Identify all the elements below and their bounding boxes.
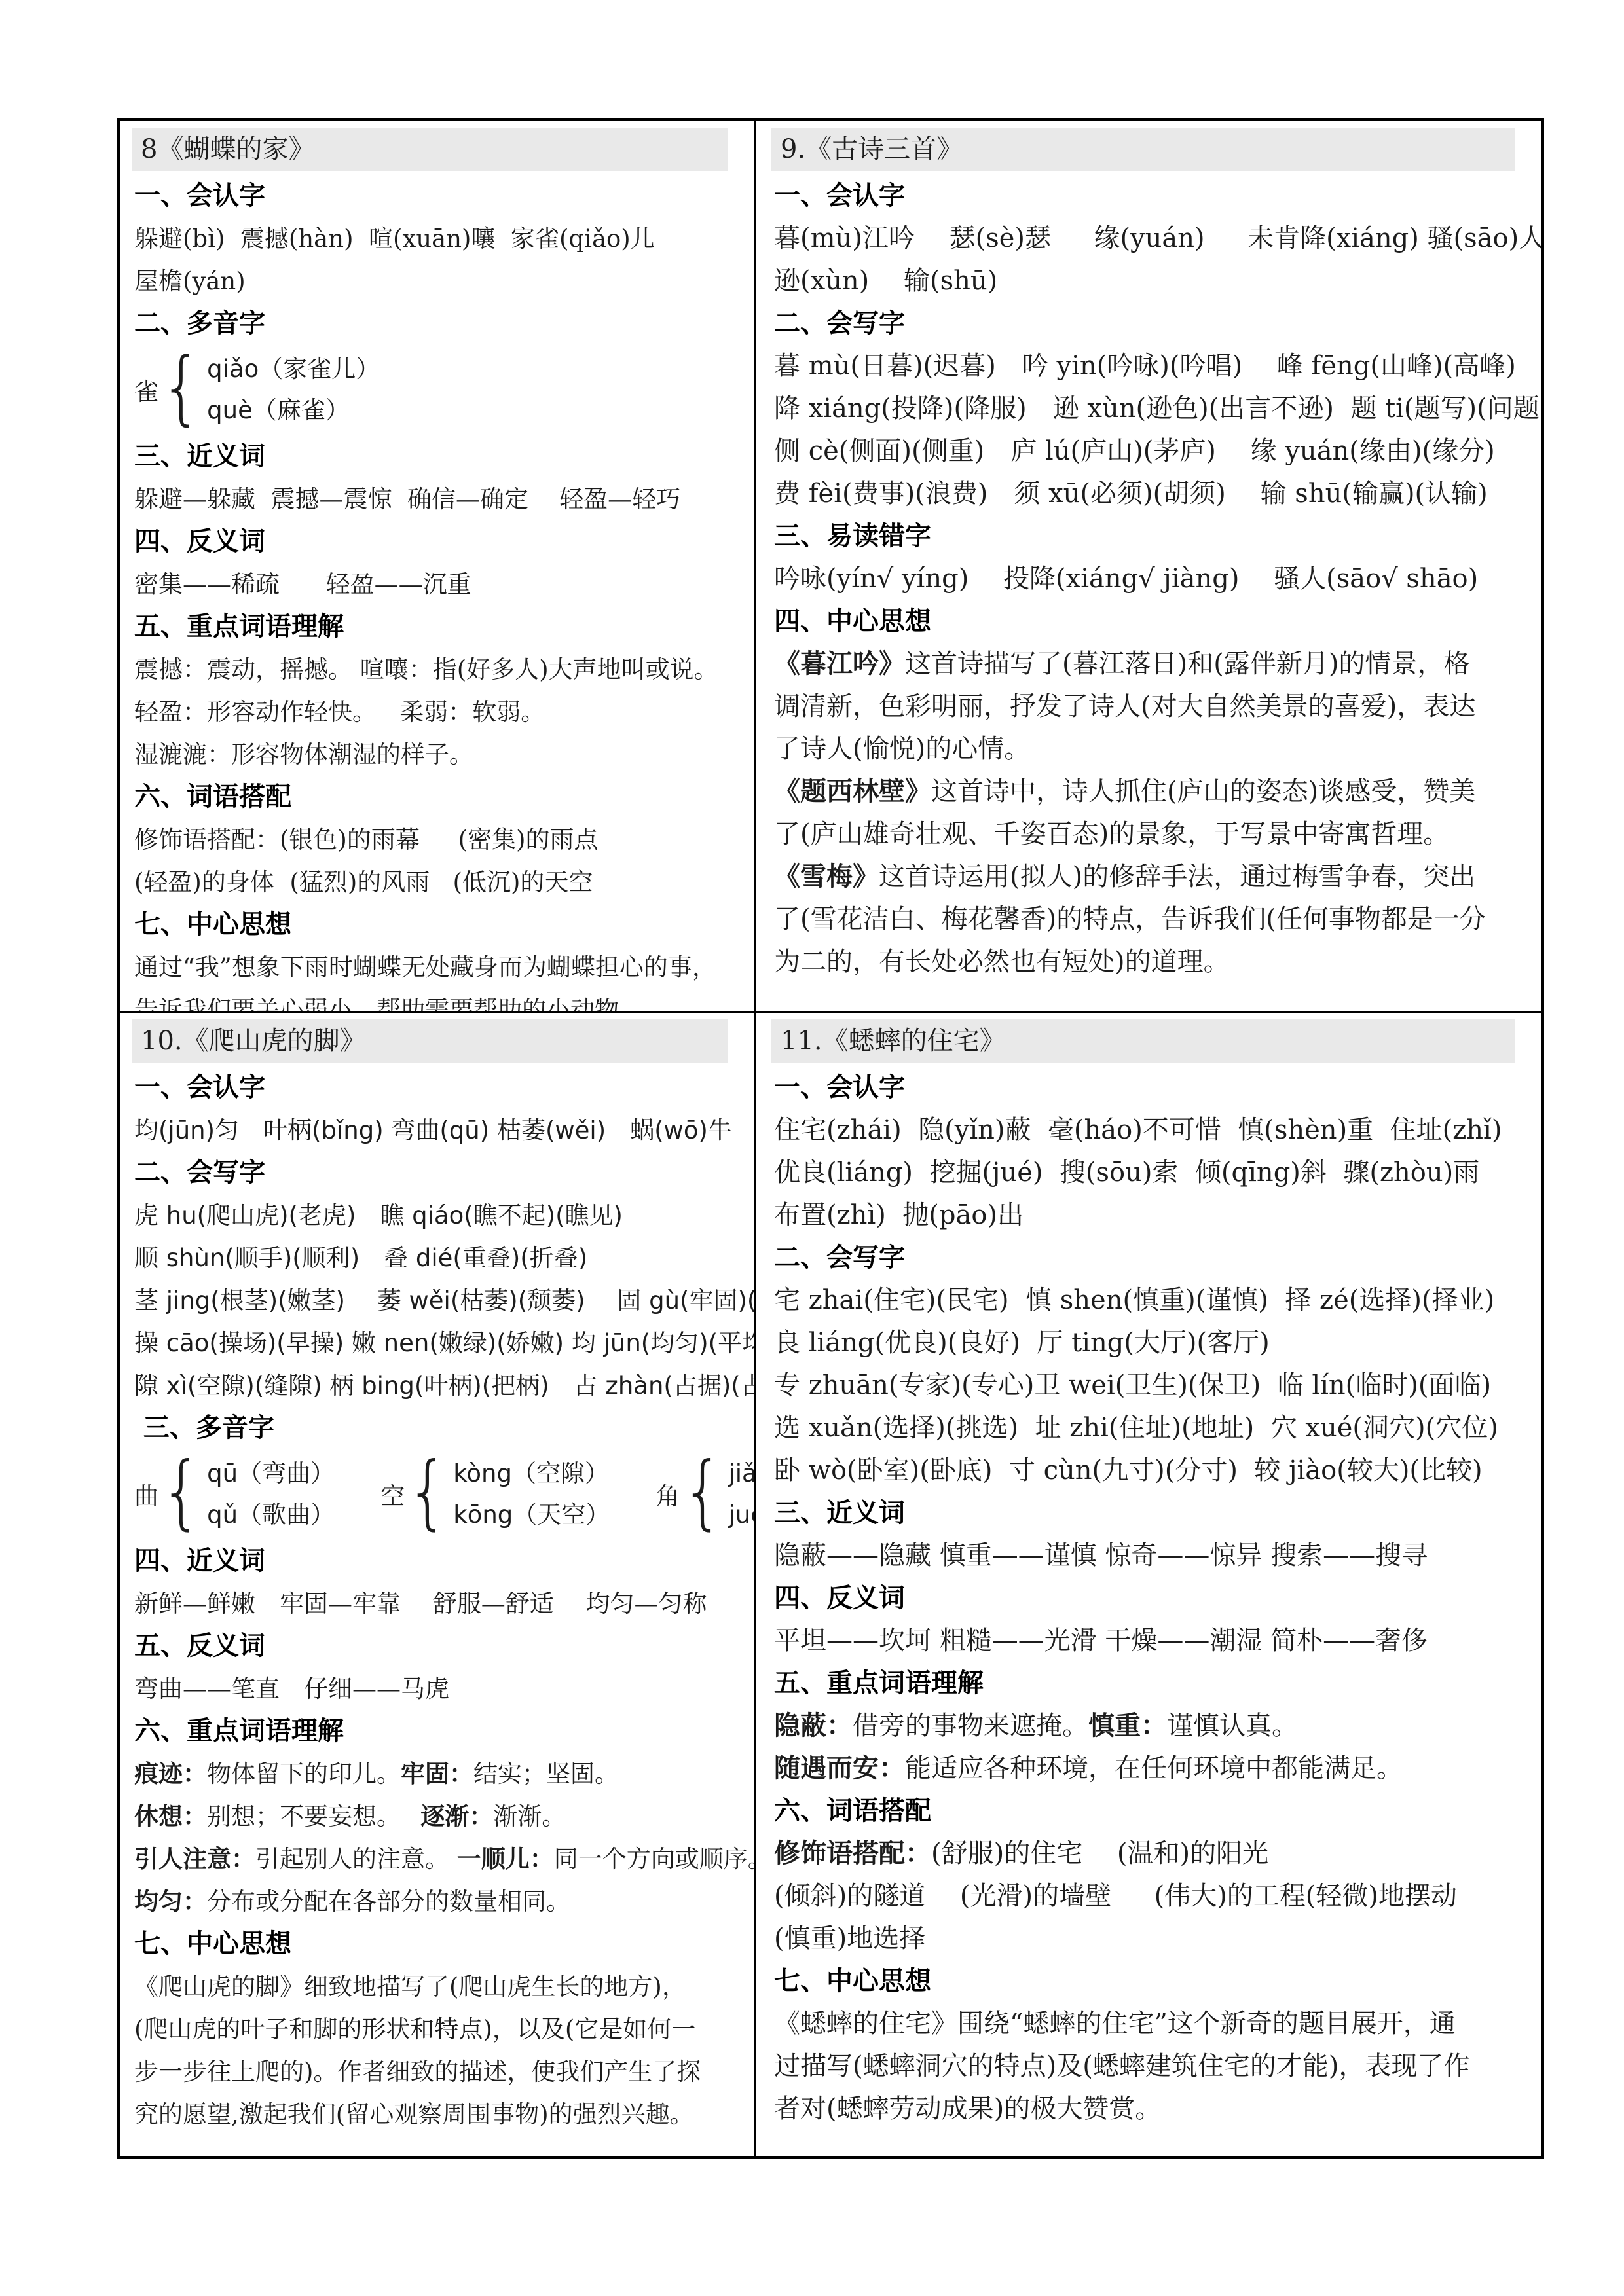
- body-line: 密集——稀疏 轻盈——沉重: [134, 563, 742, 606]
- term-label: 隐蔽：: [774, 1711, 853, 1741]
- text-segment: 侧 cè(侧面)(侧重) 庐 lú(庐山)(茅庐) 缘 yuán(缘由)(缘分): [774, 436, 1495, 466]
- term-label: 均匀：: [134, 1887, 207, 1916]
- body-line: 究的愿望,激起我们(留心观察周围事物)的强烈兴趣。: [134, 2093, 742, 2136]
- body-line: 弯曲——笔直 仔细——马虎: [134, 1667, 742, 1710]
- pronunciation-list: jiǎo（触角）jué（角色）: [728, 1453, 756, 1535]
- text-segment: 通过“我”想象下雨时蝴蝶无处藏身而为蝴蝶担心的事，: [134, 953, 716, 981]
- body-line: 者对(蟋蟀劳动成果)的极大赞赏。: [774, 2088, 1529, 2130]
- text-segment: 降 xiáng(投降)(降服) 逊 xùn(逊色)(出言不逊) 题 ti(题写)…: [774, 393, 1541, 424]
- text-segment: 四、中心思想: [774, 606, 931, 636]
- body-line: 屋檐(yán): [134, 260, 742, 302]
- body-line: 暮 mù(日暮)(迟暮) 吟 yin(吟咏)(吟唱) 峰 fēng(山峰)(高峰…: [774, 345, 1529, 388]
- body-line: 优良(liáng) 挖掘(jué) 搜(sōu)索 倾(qīng)斜 骤(zhò…: [774, 1152, 1529, 1194]
- body-line: 调清新，色彩明丽，抒发了诗人(对大自然美景的喜爱)，表达: [774, 685, 1529, 728]
- text-segment: 七、中心思想: [774, 1966, 931, 1996]
- text-segment: 这首诗运用(拟人)的修辞手法，通过梅雪争春，突出: [879, 862, 1475, 892]
- body-line: 布置(zhì) 抛(pāo)出: [774, 1194, 1529, 1237]
- term-label: 修饰语搭配：: [774, 1838, 931, 1868]
- text-segment: 五、反义词: [134, 1631, 265, 1661]
- text-segment: 了诗人(愉悦)的心情。: [774, 734, 1030, 764]
- term-label: 随遇而安：: [774, 1753, 905, 1783]
- body-line: 随遇而安：能适应各种环境，在任何环境中都能满足。: [774, 1747, 1529, 1790]
- section-heading: 二、多音字: [134, 302, 742, 345]
- section-heading: 三、多音字: [134, 1407, 742, 1449]
- section-heading: 四、反义词: [774, 1577, 1529, 1620]
- text-segment: 渐渐。: [493, 1802, 566, 1831]
- body-line: 休想：别想；不要妄想。 逐渐：渐渐。: [134, 1795, 742, 1838]
- brace-icon: {: [406, 1444, 449, 1539]
- cell-lesson-10: 10.《爬山虎的脚》一、会认字均(jūn)匀 叶柄(bǐng) 弯曲(qū) 枯…: [120, 1013, 756, 2156]
- text-segment: 物体留下的印儿。: [207, 1760, 401, 1788]
- term-label: 休想：: [134, 1802, 207, 1831]
- section-heading: 五、重点词语理解: [774, 1662, 1529, 1705]
- section-heading: 六、词语搭配: [774, 1790, 1529, 1832]
- pronunciation-top: qiǎo（家雀儿）: [207, 348, 380, 390]
- term-label: 引人注意：: [134, 1845, 255, 1873]
- pronunciation-top: qū（弯曲）: [207, 1453, 335, 1494]
- section-heading: 三、易读错字: [774, 515, 1529, 558]
- text-segment: 调清新，色彩明丽，抒发了诗人(对大自然美景的喜爱)，表达: [774, 691, 1475, 721]
- text-segment: 吟咏(yín√ yíng) 投降(xiáng√ jiàng) 骚人(sāo√ s…: [774, 564, 1478, 594]
- body-line: 隐蔽：借旁的事物来遮掩。慎重：谨慎认真。: [774, 1705, 1529, 1747]
- term-label: 牢固：: [401, 1760, 473, 1788]
- text-segment: 逊(xùn) 输(shū): [774, 266, 997, 296]
- body-line: 《爬山虎的脚》细致地描写了(爬山虎生长的地方)，: [134, 1965, 742, 2008]
- section-heading: 四、中心思想: [774, 600, 1529, 643]
- text-segment: 《爬山虎的脚》细致地描写了(爬山虎生长的地方)，: [134, 1973, 686, 2001]
- body-line: 《雪梅》这首诗运用(拟人)的修辞手法，通过梅雪争春，突出: [774, 856, 1529, 898]
- body-line: 修饰语搭配：(舒服)的住宅 (温和)的阳光: [774, 1832, 1529, 1875]
- text-segment: 新鲜—鲜嫩 牢固—牢靠 舒服—舒适 均匀—匀称: [134, 1590, 707, 1618]
- text-segment: 躲避—躲藏 震撼—震惊 确信—确定 轻盈—轻巧: [134, 485, 680, 513]
- brace-icon: {: [160, 340, 203, 434]
- pronunciation-list: qū（弯曲）qǔ（歌曲）: [207, 1453, 335, 1535]
- body-line: 《题西林壁》这首诗中，诗人抓住(庐山的姿态)谈感受，赞美: [774, 771, 1529, 813]
- section-heading: 一、会认字: [134, 175, 742, 217]
- term-label: 逐渐：: [420, 1802, 493, 1831]
- body-line: 均(jūn)匀 叶柄(bǐng) 弯曲(qū) 枯萎(wěi) 蜗(wō)牛: [134, 1109, 742, 1152]
- text-segment: 六、词语搭配: [774, 1796, 931, 1826]
- brace-group: 空{kòng（空隙）kōng（天空）: [380, 1451, 610, 1537]
- text-segment: 究的愿望,激起我们(留心观察周围事物)的强烈兴趣。: [134, 2100, 694, 2128]
- section-heading: 一、会认字: [774, 1066, 1529, 1109]
- polyphone-character: 角: [655, 1476, 680, 1512]
- text-segment: 躲避(bì) 震撼(hàn) 喧(xuān)嚷 家雀(qiǎo)儿: [134, 225, 655, 253]
- body-line: 隐蔽——隐藏 慎重——谨慎 惊奇——惊异 搜索——搜寻: [774, 1535, 1529, 1577]
- body-line: 顺 shùn(顺手)(顺利) 叠 dié(重叠)(折叠): [134, 1237, 742, 1279]
- body-line: 住宅(zhái) 隐(yǐn)蔽 毫(háo)不可惜 慎(shèn)重 住址(z…: [774, 1109, 1529, 1152]
- text-segment: 修饰语搭配：(银色)的雨幕 (密集)的雨点: [134, 826, 599, 854]
- text-segment: 住宅(zhái) 隐(yǐn)蔽 毫(háo)不可惜 慎(shèn)重 住址(z…: [774, 1115, 1502, 1145]
- body-line: (轻盈)的身体 (猛烈)的风雨 (低沉)的天空: [134, 861, 742, 903]
- text-segment: 专 zhuān(专家)(专心)卫 wei(卫生)(保卫) 临 lín(临时)(面…: [774, 1370, 1491, 1400]
- body-line: 了(庐山雄奇壮观、千姿百态)的景象，于写景中寄寓哲理。: [774, 813, 1529, 856]
- lesson-title-band: 10.《爬山虎的脚》: [132, 1019, 728, 1063]
- polyphone-row: 雀{qiǎo（家雀儿）què（麻雀）: [134, 346, 742, 433]
- section-heading: 二、会写字: [774, 1237, 1529, 1279]
- text-segment: 七、中心思想: [134, 909, 291, 939]
- pronunciation-bottom: qǔ（歌曲）: [207, 1494, 335, 1535]
- text-segment: (轻盈)的身体 (猛烈)的风雨 (低沉)的天空: [134, 868, 593, 896]
- body-line: 修饰语搭配：(银色)的雨幕 (密集)的雨点: [134, 818, 742, 861]
- body-line: 专 zhuān(专家)(专心)卫 wei(卫生)(保卫) 临 lín(临时)(面…: [774, 1364, 1529, 1407]
- lesson-title-band: 11.《蟋蟀的住宅》: [771, 1019, 1515, 1063]
- text-segment: 三、易读错字: [774, 521, 931, 551]
- text-segment: 三、近义词: [134, 441, 265, 471]
- polyphone-character: 空: [380, 1476, 405, 1512]
- section-heading: 二、会写字: [134, 1152, 742, 1194]
- pronunciation-bottom: què（麻雀）: [207, 390, 380, 431]
- text-segment: 宅 zhai(住宅)(民宅) 慎 shen(慎重)(谨慎) 择 zé(选择)(择…: [774, 1285, 1494, 1315]
- body-line: 逊(xùn) 输(shū): [774, 260, 1529, 302]
- text-segment: 一、会认字: [134, 1072, 265, 1102]
- text-segment: 五、重点词语理解: [774, 1668, 984, 1698]
- document-page: { "colors": { "border": "#000000", "less…: [0, 0, 1624, 2296]
- pronunciation-bottom: kōng（天空）: [453, 1494, 610, 1535]
- text-segment: (慎重)地选择: [774, 1923, 925, 1954]
- text-segment: 二、会写字: [134, 1157, 265, 1188]
- text-segment: 密集——稀疏 轻盈——沉重: [134, 570, 471, 598]
- body-line: 告诉我们要关心弱小，帮助需要帮助的小动物。: [134, 989, 742, 1013]
- body-line: 引人注意：引起别人的注意。 一顺儿：同一个方向或顺序。: [134, 1838, 742, 1880]
- body-line: 操 cāo(操场)(早操) 嫩 nen(嫩绿)(娇嫩) 均 jūn(均匀)(平均…: [134, 1322, 742, 1364]
- body-line: 为二的，有长处必然也有短处)的道理。: [774, 941, 1529, 983]
- text-segment: 了(雪花洁白、梅花馨香)的特点，告诉我们(任何事物都是一分: [774, 904, 1486, 934]
- text-segment: 引起别人的注意。: [255, 1845, 457, 1873]
- text-segment: 暮 mù(日暮)(迟暮) 吟 yin(吟咏)(吟唱) 峰 fēng(山峰)(高峰…: [774, 351, 1516, 381]
- text-segment: 卧 wò(卧室)(卧底) 寸 cùn(九寸)(分寸) 较 jiào(较大)(比较…: [774, 1455, 1483, 1485]
- text-segment: 为二的，有长处必然也有短处)的道理。: [774, 947, 1230, 977]
- polyphone-row: 曲{qū（弯曲）qǔ（歌曲）空{kòng（空隙）kōng（天空）角{jiǎo（触…: [134, 1451, 742, 1537]
- text-segment: 二、多音字: [134, 308, 265, 338]
- body-line: 湿漉漉：形容物体潮湿的样子。: [134, 733, 742, 776]
- body-line: 过描写(蟋蟀洞穴的特点)及(蟋蟀建筑住宅的才能)，表现了作: [774, 2045, 1529, 2088]
- text-segment: 三、近义词: [774, 1498, 905, 1528]
- body-line: (爬山虎的叶子和脚的形状和特点)，以及(它是如何一: [134, 2008, 742, 2050]
- text-segment: 谨慎认真。: [1167, 1711, 1298, 1741]
- text-segment: 过描写(蟋蟀洞穴的特点)及(蟋蟀建筑住宅的才能)，表现了作: [774, 2051, 1469, 2081]
- brace-group: 曲{qū（弯曲）qǔ（歌曲）: [134, 1451, 335, 1537]
- section-heading: 六、重点词语理解: [134, 1710, 742, 1753]
- section-heading: 四、近义词: [134, 1540, 742, 1582]
- text-segment: 六、重点词语理解: [134, 1716, 344, 1746]
- text-segment: 顺 shùn(顺手)(顺利) 叠 dié(重叠)(折叠): [134, 1244, 587, 1272]
- text-segment: (倾斜)的隧道 (光滑)的墙壁 (伟大)的工程(轻微)地摆动: [774, 1881, 1457, 1911]
- body-line: 暮(mù)江吟 瑟(sè)瑟 缘(yuán) 未肯降(xiáng) 骚(sāo)…: [774, 217, 1529, 260]
- term-label: 《暮江吟》: [774, 649, 905, 679]
- body-line: 茎 jing(根茎)(嫩茎) 萎 wěi(枯萎)(颓萎) 固 gù(牢固)(固定…: [134, 1279, 742, 1322]
- text-segment: 同一个方向或顺序。: [554, 1845, 756, 1873]
- text-segment: 屋檐(yán): [134, 267, 246, 295]
- body-line: 良 liáng(优良)(良好) 厅 ting(大厅)(客厅): [774, 1322, 1529, 1364]
- term-label: 《题西林壁》: [774, 776, 931, 807]
- body-line: (慎重)地选择: [774, 1918, 1529, 1960]
- section-heading: 五、重点词语理解: [134, 606, 742, 648]
- body-line: 《暮江吟》这首诗描写了(暮江落日)和(露伴新月)的情景，格: [774, 643, 1529, 685]
- pronunciation-list: kòng（空隙）kōng（天空）: [453, 1453, 610, 1535]
- text-segment: 布置(zhì) 抛(pāo)出: [774, 1200, 1024, 1230]
- text-segment: 虎 hu(爬山虎)(老虎) 瞧 qiáo(瞧不起)(瞧见): [134, 1201, 623, 1230]
- text-segment: 者对(蟋蟀劳动成果)的极大赞赏。: [774, 2094, 1161, 2124]
- text-segment: 了(庐山雄奇壮观、千姿百态)的景象，于写景中寄寓哲理。: [774, 819, 1449, 849]
- text-segment: 湿漉漉：形容物体潮湿的样子。: [134, 740, 473, 769]
- term-label: 一顺儿：: [457, 1845, 554, 1873]
- body-line: 《蟋蟀的住宅》围绕“蟋蟀的住宅”这个新奇的题目展开，通: [774, 2003, 1529, 2045]
- text-segment: 五、重点词语理解: [134, 611, 344, 642]
- text-segment: (爬山虎的叶子和脚的形状和特点)，以及(它是如何一: [134, 2015, 695, 2043]
- text-segment: 告诉我们要关心弱小，帮助需要帮助的小动物。: [134, 996, 643, 1013]
- body-line: 轻盈：形容动作轻快。 柔弱：软弱。: [134, 691, 742, 733]
- text-segment: 二、会写字: [774, 308, 905, 338]
- text-segment: 分布或分配在各部分的数量相同。: [207, 1887, 570, 1916]
- body-line: 了(雪花洁白、梅花馨香)的特点，告诉我们(任何事物都是一分: [774, 898, 1529, 941]
- pronunciation-list: qiǎo（家雀儿）què（麻雀）: [207, 348, 380, 431]
- text-segment: 优良(liáng) 挖掘(jué) 搜(sōu)索 倾(qīng)斜 骤(zhò…: [774, 1157, 1479, 1188]
- body-line: 虎 hu(爬山虎)(老虎) 瞧 qiáo(瞧不起)(瞧见): [134, 1194, 742, 1237]
- text-segment: 茎 jing(根茎)(嫩茎) 萎 wěi(枯萎)(颓萎) 固 gù(牢固)(固定…: [134, 1286, 756, 1315]
- text-segment: 别想；不要妄想。: [207, 1802, 420, 1831]
- text-segment: 选 xuǎn(选择)(挑选) 址 zhi(住址)(地址) 穴 xué(洞穴)(穴…: [774, 1413, 1498, 1443]
- text-segment: 一、会认字: [134, 181, 265, 211]
- text-segment: 三、多音字: [134, 1413, 274, 1443]
- pronunciation-bottom: jué（角色）: [728, 1494, 756, 1535]
- text-segment: 二、会写字: [774, 1243, 905, 1273]
- text-segment: 操 cāo(操场)(早操) 嫩 nen(嫩绿)(娇嫩) 均 jūn(均匀)(平均…: [134, 1329, 756, 1357]
- pronunciation-top: jiǎo（触角）: [728, 1453, 756, 1494]
- body-line: 痕迹：物体留下的印儿。牢固：结实；坚固。: [134, 1753, 742, 1795]
- text-segment: 能适应各种环境，在任何环境中都能满足。: [905, 1753, 1403, 1783]
- body-line: 通过“我”想象下雨时蝴蝶无处藏身而为蝴蝶担心的事，: [134, 946, 742, 989]
- text-segment: 隐蔽——隐藏 慎重——谨慎 惊奇——惊异 搜索——搜寻: [774, 1540, 1428, 1571]
- brace-group: 角{jiǎo（触角）jué（角色）: [655, 1451, 756, 1537]
- brace-icon: {: [681, 1444, 724, 1539]
- text-segment: 步一步往上爬的)。作者细致的描述，使我们产生了探: [134, 2058, 701, 2086]
- text-segment: 震撼：震动，摇撼。 喧嚷：指(好多人)大声地叫或说。: [134, 655, 718, 683]
- body-line: 步一步往上爬的)。作者细致的描述，使我们产生了探: [134, 2050, 742, 2093]
- body-line: 新鲜—鲜嫩 牢固—牢靠 舒服—舒适 均匀—匀称: [134, 1582, 742, 1625]
- text-segment: 四、反义词: [774, 1583, 905, 1613]
- cell-lesson-11: 11.《蟋蟀的住宅》一、会认字住宅(zhái) 隐(yǐn)蔽 毫(háo)不可…: [756, 1013, 1541, 2156]
- pronunciation-top: kòng（空隙）: [453, 1453, 610, 1494]
- body-line: 躲避(bì) 震撼(hàn) 喧(xuān)嚷 家雀(qiǎo)儿: [134, 217, 742, 260]
- body-line: 吟咏(yín√ yíng) 投降(xiáng√ jiàng) 骚人(sāo√ s…: [774, 558, 1529, 600]
- body-line: 宅 zhai(住宅)(民宅) 慎 shen(慎重)(谨慎) 择 zé(选择)(择…: [774, 1279, 1529, 1322]
- section-heading: 四、反义词: [134, 520, 742, 563]
- text-segment: 七、中心思想: [134, 1929, 291, 1959]
- polyphone-character: 雀: [134, 372, 158, 407]
- text-segment: 《蟋蟀的住宅》围绕“蟋蟀的住宅”这个新奇的题目展开，通: [774, 2009, 1456, 2039]
- cell-lesson-8: 8《蝴蝶的家》一、会认字躲避(bì) 震撼(hàn) 喧(xuān)嚷 家雀(q…: [120, 121, 756, 1013]
- body-line: 侧 cè(侧面)(侧重) 庐 lú(庐山)(茅庐) 缘 yuán(缘由)(缘分): [774, 430, 1529, 473]
- text-segment: (舒服)的住宅 (温和)的阳光: [931, 1838, 1268, 1868]
- body-line: 平坦——坎坷 粗糙——光滑 干燥——潮湿 简朴——奢侈: [774, 1620, 1529, 1662]
- body-line: 均匀：分布或分配在各部分的数量相同。: [134, 1880, 742, 1923]
- body-line: 躲避—躲藏 震撼—震惊 确信—确定 轻盈—轻巧: [134, 478, 742, 520]
- text-segment: 六、词语搭配: [134, 782, 291, 812]
- body-line: 卧 wò(卧室)(卧底) 寸 cùn(九寸)(分寸) 较 jiào(较大)(比较…: [774, 1449, 1529, 1492]
- section-heading: 五、反义词: [134, 1625, 742, 1667]
- section-heading: 七、中心思想: [774, 1960, 1529, 2003]
- study-notes-table: 8《蝴蝶的家》一、会认字躲避(bì) 震撼(hàn) 喧(xuān)嚷 家雀(q…: [117, 118, 1544, 2159]
- body-line: 降 xiáng(投降)(降服) 逊 xùn(逊色)(出言不逊) 题 ti(题写)…: [774, 388, 1529, 430]
- text-segment: 平坦——坎坷 粗糙——光滑 干燥——潮湿 简朴——奢侈: [774, 1626, 1428, 1656]
- polyphone-character: 曲: [134, 1476, 158, 1512]
- cell-lesson-9: 9.《古诗三首》一、会认字暮(mù)江吟 瑟(sè)瑟 缘(yuán) 未肯降(…: [756, 121, 1541, 1013]
- section-heading: 一、会认字: [134, 1066, 742, 1109]
- brace-icon: {: [160, 1444, 203, 1539]
- lesson-title-band: 9.《古诗三首》: [771, 128, 1515, 171]
- text-segment: 暮(mù)江吟 瑟(sè)瑟 缘(yuán) 未肯降(xiáng) 骚(sāo)…: [774, 223, 1541, 253]
- body-line: 震撼：震动，摇撼。 喧嚷：指(好多人)大声地叫或说。: [134, 648, 742, 691]
- section-heading: 六、词语搭配: [134, 776, 742, 818]
- body-line: 了诗人(愉悦)的心情。: [774, 728, 1529, 771]
- section-heading: 七、中心思想: [134, 1923, 742, 1965]
- text-segment: 弯曲——笔直 仔细——马虎: [134, 1675, 449, 1703]
- text-segment: 四、近义词: [134, 1546, 265, 1576]
- text-segment: 轻盈：形容动作轻快。 柔弱：软弱。: [134, 698, 545, 726]
- text-segment: 一、会认字: [774, 1072, 905, 1102]
- section-heading: 三、近义词: [134, 435, 742, 478]
- term-label: 痕迹：: [134, 1760, 207, 1788]
- text-segment: 费 fèi(费事)(浪费) 须 xū(必须)(胡须) 输 shū(输赢)(认输): [774, 479, 1488, 509]
- text-segment: 良 liáng(优良)(良好) 厅 ting(大厅)(客厅): [774, 1328, 1270, 1358]
- body-line: 隙 xì(空隙)(缝隙) 柄 bing(叶柄)(把柄) 占 zhàn(占据)(占…: [134, 1364, 742, 1407]
- text-segment: 这首诗中，诗人抓住(庐山的姿态)谈感受，赞美: [931, 776, 1475, 807]
- text-segment: 隙 xì(空隙)(缝隙) 柄 bing(叶柄)(把柄) 占 zhàn(占据)(占…: [134, 1372, 756, 1400]
- text-segment: 四、反义词: [134, 526, 265, 556]
- text-segment: 一、会认字: [774, 181, 905, 211]
- brace-group: 雀{qiǎo（家雀儿）què（麻雀）: [134, 347, 380, 432]
- section-heading: 三、近义词: [774, 1492, 1529, 1535]
- section-heading: 七、中心思想: [134, 903, 742, 946]
- lesson-title-band: 8《蝴蝶的家》: [132, 128, 728, 171]
- section-heading: 二、会写字: [774, 302, 1529, 345]
- text-segment: 结实；坚固。: [473, 1760, 619, 1788]
- text-segment: 均(jūn)匀 叶柄(bǐng) 弯曲(qū) 枯萎(wěi) 蜗(wō)牛: [134, 1116, 732, 1144]
- text-segment: 借旁的事物来遮掩。: [853, 1711, 1088, 1741]
- term-label: 《雪梅》: [774, 862, 879, 892]
- body-line: (倾斜)的隧道 (光滑)的墙壁 (伟大)的工程(轻微)地摆动: [774, 1875, 1529, 1918]
- section-heading: 一、会认字: [774, 175, 1529, 217]
- term-label: 慎重：: [1088, 1711, 1167, 1741]
- body-line: 费 fèi(费事)(浪费) 须 xū(必须)(胡须) 输 shū(输赢)(认输): [774, 473, 1529, 515]
- body-line: 选 xuǎn(选择)(挑选) 址 zhi(住址)(地址) 穴 xué(洞穴)(穴…: [774, 1407, 1529, 1449]
- text-segment: 这首诗描写了(暮江落日)和(露伴新月)的情景，格: [905, 649, 1469, 679]
